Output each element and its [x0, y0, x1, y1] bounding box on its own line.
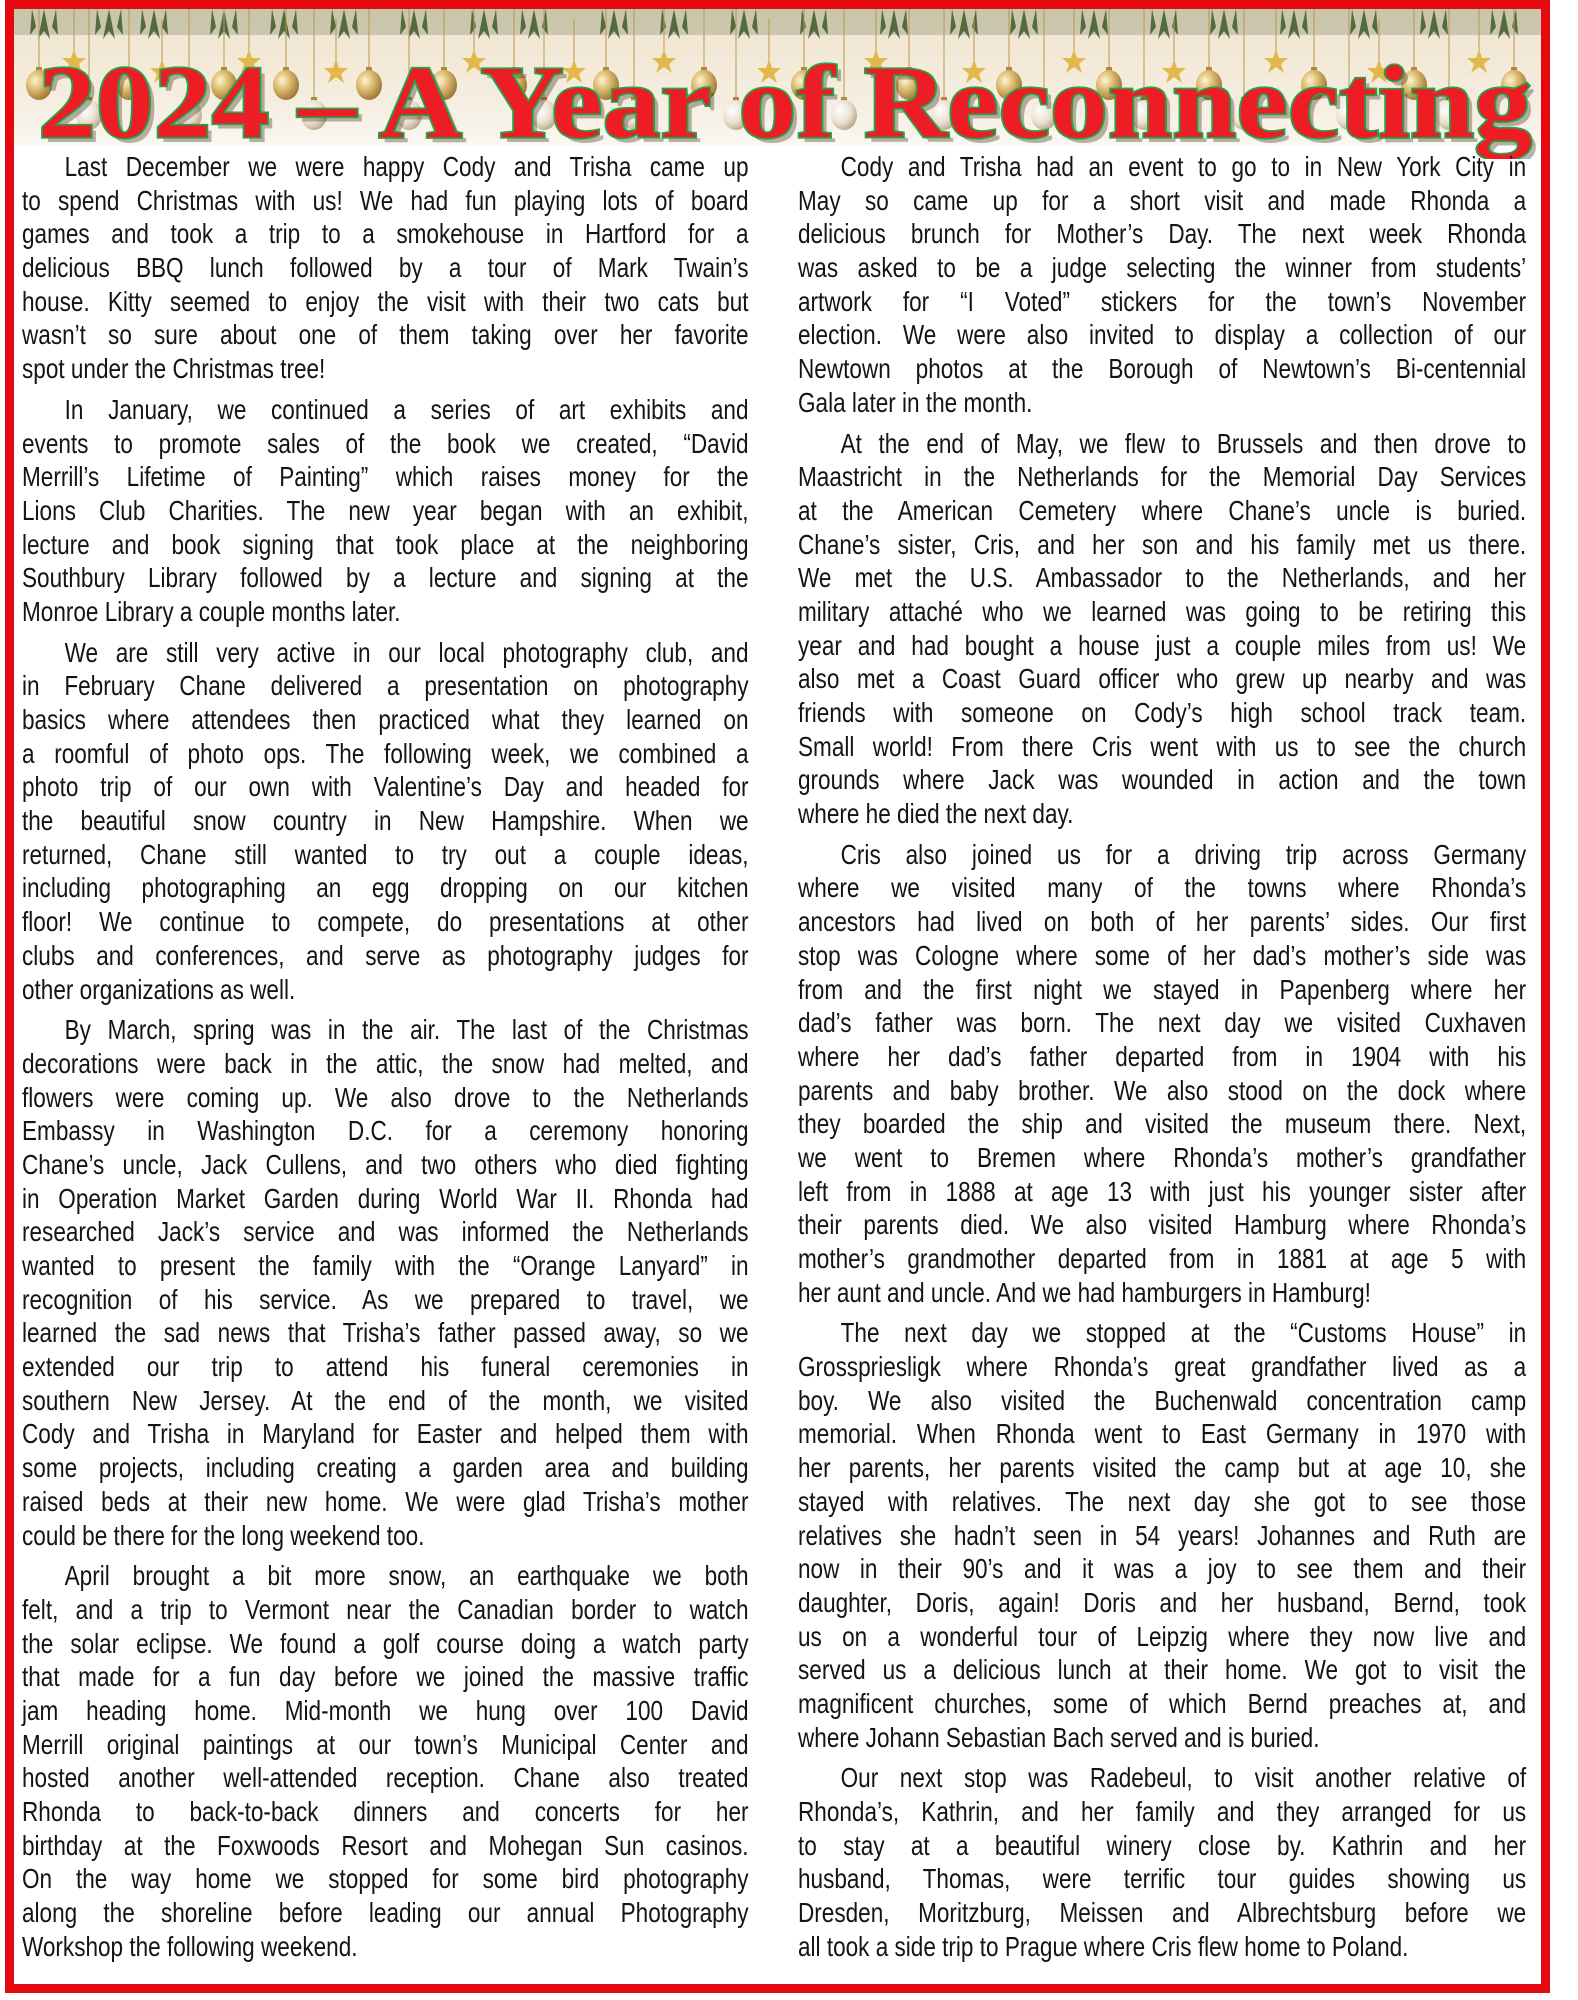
text-line: Grosspriesligk where Rhonda’s great gran… [798, 1350, 1526, 1384]
text-line: extended our trip to attend his funeral … [22, 1350, 749, 1384]
text-line: learned the sad news that Trisha’s fathe… [22, 1316, 749, 1350]
text-line: her parents, her parents visited the cam… [798, 1451, 1526, 1485]
text-line: basics where attendees then practiced wh… [22, 703, 749, 737]
text-line: stayed with relatives. The next day she … [798, 1485, 1526, 1519]
text-line: felt, and a trip to Vermont near the Can… [22, 1593, 749, 1627]
text-line: clubs and conferences, and serve as phot… [22, 939, 749, 973]
text-line: memorial. When Rhonda went to East Germa… [798, 1417, 1526, 1451]
text-line: Lions Club Charities. The new year began… [22, 494, 749, 528]
paragraph: Last December we were happy Cody and Tri… [22, 150, 749, 386]
text-line: stop was Cologne where some of her dad’s… [798, 939, 1526, 973]
text-line: hosted another well-attended reception. … [22, 1761, 749, 1795]
text-line: floor! We continue to compete, do presen… [22, 905, 749, 939]
text-line: was asked to be a judge selecting the wi… [798, 251, 1526, 285]
text-line: Maastricht in the Netherlands for the Me… [798, 460, 1526, 494]
text-line: relatives she hadn’t seen in 54 years! J… [798, 1519, 1526, 1553]
paragraph: The next day we stopped at the “Customs … [798, 1316, 1526, 1754]
text-line: to stay at a beautiful winery close by. … [798, 1829, 1526, 1863]
text-line: Newtown photos at the Borough of Newtown… [798, 352, 1526, 386]
paragraph: April brought a bit more snow, an earthq… [22, 1559, 749, 1963]
right-column: Cody and Trisha had an event to go to in… [798, 150, 1526, 1970]
text-line: lecture and book signing that took place… [22, 528, 749, 562]
paragraph: In January, we continued a series of art… [22, 393, 749, 629]
text-line: Cris also joined us for a driving trip a… [798, 838, 1526, 872]
text-line: where we visited many of the towns where… [798, 871, 1526, 905]
text-line: magnificent churches, some of which Bern… [798, 1687, 1526, 1721]
text-line: birthday at the Foxwoods Resort and Mohe… [22, 1829, 749, 1863]
text-line: Merrill original paintings at our town’s… [22, 1728, 749, 1762]
text-line: their parents died. We also visited Hamb… [798, 1208, 1526, 1242]
text-line: grounds where Jack was wounded in action… [798, 763, 1526, 797]
text-line: spot under the Christmas tree! [22, 352, 749, 386]
text-line: Monroe Library a couple months later. [22, 595, 749, 629]
text-line: At the end of May, we flew to Brussels a… [798, 427, 1526, 461]
text-line: the solar eclipse. We found a golf cours… [22, 1627, 749, 1661]
text-line: southern New Jersey. At the end of the m… [22, 1384, 749, 1418]
text-line: also met a Coast Guard officer who grew … [798, 662, 1526, 696]
text-line: delicious brunch for Mother’s Day. The n… [798, 217, 1526, 251]
text-line: along the shoreline before leading our a… [22, 1896, 749, 1930]
text-line: boy. We also visited the Buchenwald conc… [798, 1384, 1526, 1418]
text-line: that made for a fun day before we joined… [22, 1660, 749, 1694]
text-line: election. We were also invited to displa… [798, 318, 1526, 352]
text-line: from and the first night we stayed in Pa… [798, 973, 1526, 1007]
text-line: On the way home we stopped for some bird… [22, 1862, 749, 1896]
text-line: raised beds at their new home. We were g… [22, 1485, 749, 1519]
text-line: at the American Cemetery where Chane’s u… [798, 494, 1526, 528]
text-line: Southbury Library followed by a lecture … [22, 561, 749, 595]
text-line: events to promote sales of the book we c… [22, 427, 749, 461]
text-line: Small world! From there Cris went with u… [798, 730, 1526, 764]
text-line: wanted to present the family with the “O… [22, 1249, 749, 1283]
left-column: Last December we were happy Cody and Tri… [22, 150, 749, 1970]
text-line: researched Jack’s service and was inform… [22, 1215, 749, 1249]
text-line: We met the U.S. Ambassador to the Nether… [798, 561, 1526, 595]
text-line: including photographing an egg dropping … [22, 871, 749, 905]
text-line: daughter, Doris, again! Doris and her hu… [798, 1586, 1526, 1620]
text-line: some projects, including creating a gard… [22, 1451, 749, 1485]
text-line: where he died the next day. [798, 797, 1526, 831]
text-line: The next day we stopped at the “Customs … [798, 1316, 1526, 1350]
text-line: artwork for “I Voted” stickers for the t… [798, 285, 1526, 319]
text-line: May so came up for a short visit and mad… [798, 184, 1526, 218]
text-line: Chane’s uncle, Jack Cullens, and two oth… [22, 1148, 749, 1182]
text-line: could be there for the long weekend too. [22, 1519, 749, 1553]
text-line: husband, Thomas, were terrific tour guid… [798, 1862, 1526, 1896]
text-line: Workshop the following weekend. [22, 1930, 749, 1964]
text-line: where Johann Sebastian Bach served and i… [798, 1721, 1526, 1755]
text-line: decorations were back in the attic, the … [22, 1047, 749, 1081]
text-line: all took a side trip to Prague where Cri… [798, 1930, 1526, 1964]
text-line: we went to Bremen where Rhonda’s mother’… [798, 1141, 1526, 1175]
text-line: they boarded the ship and visited the mu… [798, 1107, 1526, 1141]
text-line: us on a wonderful tour of Leipzig where … [798, 1620, 1526, 1654]
text-line: photo trip of our own with Valentine’s D… [22, 770, 749, 804]
text-line: wasn’t so sure about one of them taking … [22, 318, 749, 352]
text-line: April brought a bit more snow, an earthq… [22, 1559, 749, 1593]
text-line: served us a delicious lunch at their hom… [798, 1653, 1526, 1687]
text-line: We are still very active in our local ph… [22, 636, 749, 670]
text-line: friends with someone on Cody’s high scho… [798, 696, 1526, 730]
paragraph: Cris also joined us for a driving trip a… [798, 838, 1526, 1310]
text-line: the beautiful snow country in New Hampsh… [22, 804, 749, 838]
text-line: Our next stop was Radebeul, to visit ano… [798, 1761, 1526, 1795]
text-line: mother’s grandmother departed from in 18… [798, 1242, 1526, 1276]
text-line: parents and baby brother. We also stood … [798, 1074, 1526, 1108]
text-line: in February Chane delivered a presentati… [22, 669, 749, 703]
text-line: returned, Chane still wanted to try out … [22, 838, 749, 872]
text-line: where her dad’s father departed from in … [798, 1040, 1526, 1074]
text-line: ancestors had lived on both of her paren… [798, 905, 1526, 939]
text-line: Gala later in the month. [798, 386, 1526, 420]
text-line: jam heading home. Mid-month we hung over… [22, 1694, 749, 1728]
text-line: house. Kitty seemed to enjoy the visit w… [22, 285, 749, 319]
paragraph: By March, spring was in the air. The las… [22, 1013, 749, 1552]
text-line: In January, we continued a series of art… [22, 393, 749, 427]
text-line: Cody and Trisha had an event to go to in… [798, 150, 1526, 184]
text-line: Chane’s sister, Cris, and her son and hi… [798, 528, 1526, 562]
text-line: now in their 90’s and it was a joy to se… [798, 1552, 1526, 1586]
text-line: Embassy in Washington D.C. for a ceremon… [22, 1114, 749, 1148]
page-title-text: 2024 – A Year of Reconnecting [38, 45, 1532, 159]
text-line: military attaché who we learned was goin… [798, 595, 1526, 629]
text-line: Merrill’s Lifetime of Painting” which ra… [22, 460, 749, 494]
text-line: games and took a trip to a smokehouse in… [22, 217, 749, 251]
text-line: other organizations as well. [22, 973, 749, 1007]
text-line: dad’s father was born. The next day we v… [798, 1006, 1526, 1040]
text-line: her aunt and uncle. And we had hamburger… [798, 1276, 1526, 1310]
text-line: Rhonda’s, Kathrin, and her family and th… [798, 1795, 1526, 1829]
text-line: Last December we were happy Cody and Tri… [22, 150, 749, 184]
text-line: By March, spring was in the air. The las… [22, 1013, 749, 1047]
text-line: left from in 1888 at age 13 with just hi… [798, 1175, 1526, 1209]
text-line: year and had bought a house just a coupl… [798, 629, 1526, 663]
text-line: delicious BBQ lunch followed by a tour o… [22, 251, 749, 285]
text-line: Cody and Trisha in Maryland for Easter a… [22, 1417, 749, 1451]
paragraph: Our next stop was Radebeul, to visit ano… [798, 1761, 1526, 1963]
paragraph: At the end of May, we flew to Brussels a… [798, 427, 1526, 831]
text-line: recognition of his service. As we prepar… [22, 1283, 749, 1317]
text-line: in Operation Market Garden during World … [22, 1182, 749, 1216]
text-line: to spend Christmas with us! We had fun p… [22, 184, 749, 218]
paragraph: We are still very active in our local ph… [22, 636, 749, 1007]
page-title: 2024 – A Year of Reconnecting 2024 – A Y… [14, 9, 1541, 159]
text-line: flowers were coming up. We also drove to… [22, 1081, 749, 1115]
paragraph: Cody and Trisha had an event to go to in… [798, 150, 1526, 420]
text-line: Dresden, Moritzburg, Meissen and Albrech… [798, 1896, 1526, 1930]
text-line: a roomful of photo ops. The following we… [22, 737, 749, 771]
text-line: Rhonda to back-to-back dinners and conce… [22, 1795, 749, 1829]
